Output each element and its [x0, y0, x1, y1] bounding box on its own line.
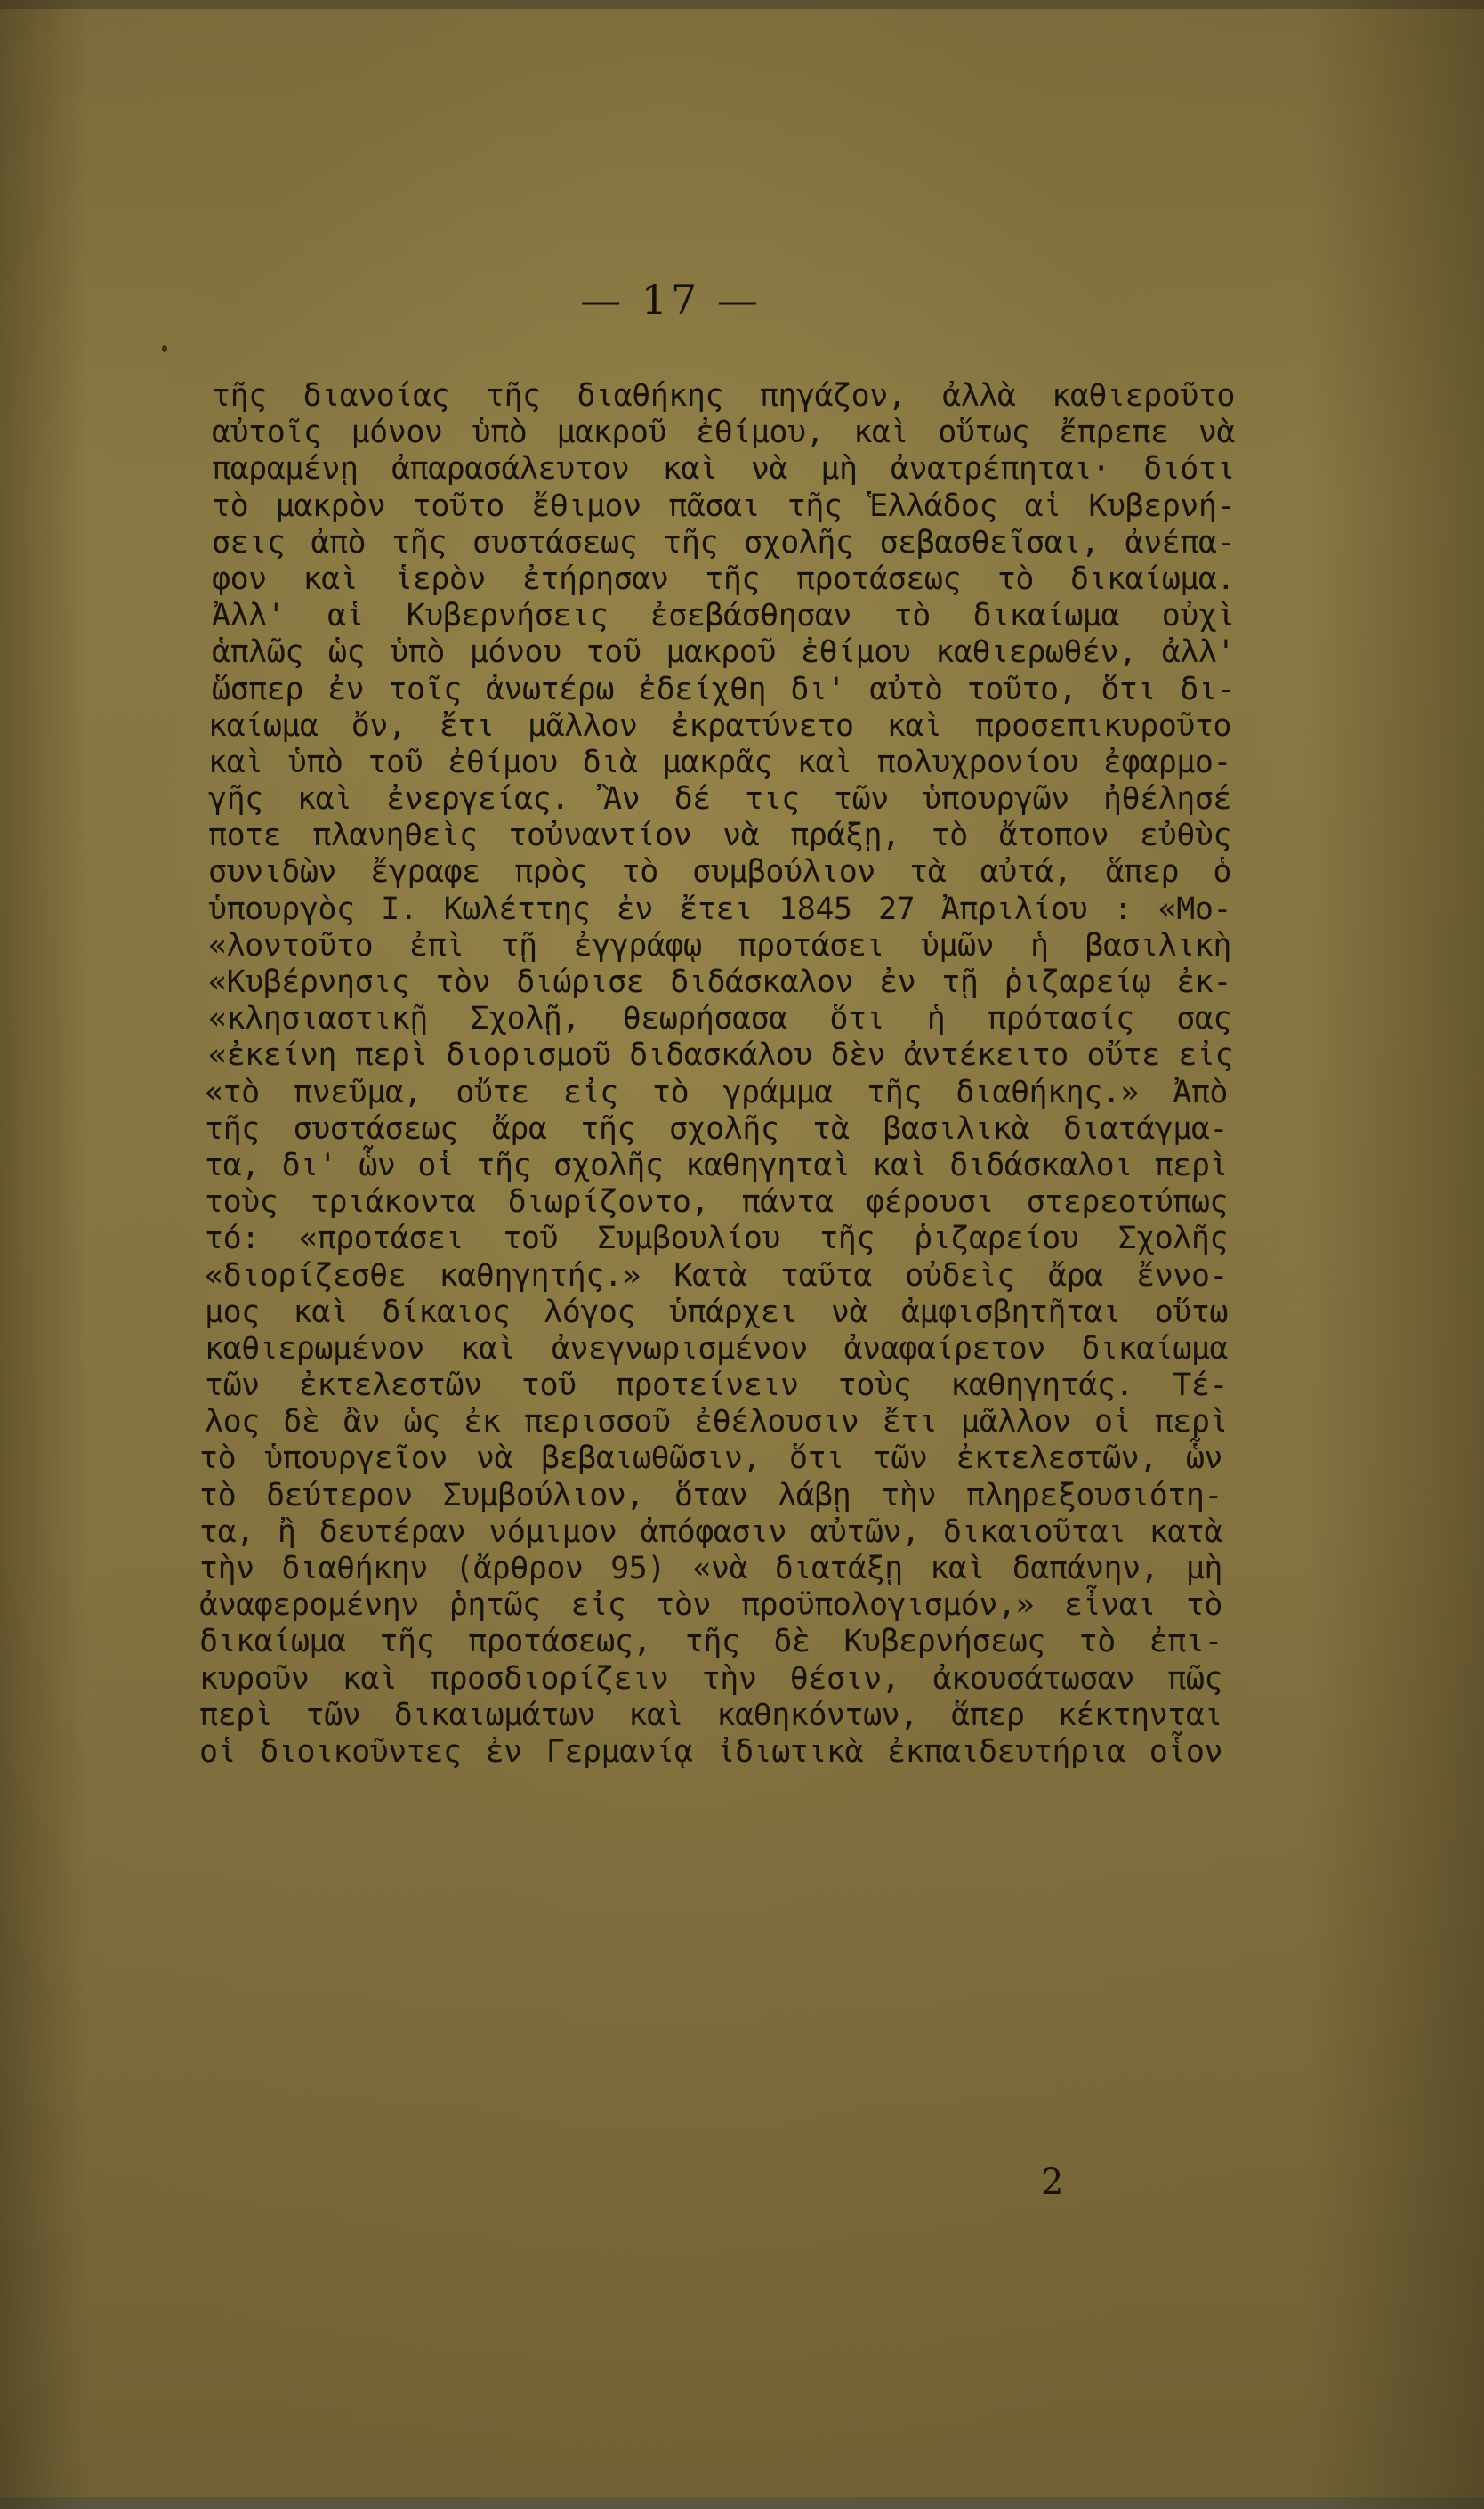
text-line: τῆς συστάσεως ἄρα τῆς σχολῆς τὰ βασιλικὰ…	[205, 1111, 1228, 1148]
text-line: ἁπλῶς ὡς ὑπὸ μόνου τοῦ μακροῦ ἐθίμου καθ…	[212, 634, 1235, 671]
text-line: φον καὶ ἱερὸν ἐτήρησαν τῆς προτάσεως τὸ …	[212, 561, 1235, 598]
text-line: τῆς διανοίας τῆς διαθήκης πηγάζον, ἀλλὰ …	[212, 378, 1235, 415]
text-line: τοὺς τριάκοντα διωρίζοντο, πάντα φέρουσι…	[205, 1184, 1228, 1221]
text-line: καίωμα ὄν, ἔτι μᾶλλον ἐκρατύνετο καὶ προ…	[208, 708, 1231, 745]
scanned-book-page: — 17 — τῆς διανοίας τῆς διαθήκης πηγάζον…	[0, 0, 1484, 2509]
text-line: τῶν ἐκτελεστῶν τοῦ προτείνειν τοὺς καθηγ…	[205, 1367, 1228, 1404]
text-line: ἀναφερομένην ῥητῶς εἰς τὸν προϋπολογισμό…	[199, 1587, 1222, 1624]
text-line: «διορίζεσθε καθηγητής.» Κατὰ ταῦτα οὐδεὶ…	[205, 1258, 1228, 1295]
text-line: τα, δι' ὧν οἱ τῆς σχολῆς καθηγηταὶ καὶ δ…	[205, 1148, 1228, 1184]
text-line: τα, ἢ δευτέραν νόμιμον ἀπόφασιν αὐτῶν, δ…	[199, 1514, 1222, 1551]
text-line: καθιερωμένον καὶ ἀνεγνωρισμένον ἀναφαίρε…	[205, 1331, 1228, 1367]
text-line: Ἀλλ' αἱ Κυβερνήσεις ἐσεβάσθησαν τὸ δικαί…	[212, 598, 1235, 634]
printer-signature-mark: 2	[1041, 2162, 1063, 2203]
text-line: ὑπουργὸς Ι. Κωλέττης ἐν ἔτει 1845 27 Ἀπρ…	[208, 891, 1231, 928]
text-line: δικαίωμα τῆς προτάσεως, τῆς δὲ Κυβερνήσε…	[199, 1624, 1222, 1660]
text-line: κυροῦν καὶ προσδιορίζειν τὴν θέσιν, ἀκου…	[199, 1661, 1222, 1698]
text-line: τὴν διαθήκην (ἄρθρον 95) «νὰ διατάξῃ καὶ…	[199, 1551, 1222, 1587]
text-line: οἱ διοικοῦντες ἐν Γερμανίᾳ ἰδιωτικὰ ἐκπα…	[199, 1734, 1222, 1771]
page-top-edge	[0, 0, 1484, 9]
text-line: «Κυβέρνησις τὸν διώρισε διδάσκαλον ἐν τῇ…	[208, 964, 1231, 1001]
text-line: περὶ τῶν δικαιωμάτων καὶ καθηκόντων, ἅπε…	[199, 1698, 1222, 1734]
text-line: «κλησιαστικῇ Σχολῇ, θεωρήσασα ὅτι ἡ πρότ…	[208, 1001, 1231, 1037]
page-number-header: — 17 —	[0, 276, 1413, 324]
text-line: ποτε πλανηθεὶς τοὐναντίον νὰ πράξῃ, τὸ ἄ…	[208, 818, 1231, 854]
body-text: τῆς διανοίας τῆς διαθήκης πηγάζον, ἀλλὰ …	[212, 378, 1235, 1771]
text-line: «τὸ πνεῦμα, οὔτε εἰς τὸ γράμμα τῆς διαθή…	[205, 1075, 1228, 1111]
text-line: ὥσπερ ἐν τοῖς ἀνωτέρω ἐδείχθη δι' αὐτὸ τ…	[212, 672, 1235, 708]
text-line: γῆς καὶ ἐνεργείας. Ἂν δέ τις τῶν ὑπουργῶ…	[208, 781, 1231, 818]
text-line: παραμένῃ ἀπαρασάλευτον καὶ νὰ μὴ ἀνατρέπ…	[212, 451, 1235, 488]
text-line: αὐτοῖς μόνον ὑπὸ μακροῦ ἐθίμου, καὶ οὕτω…	[212, 415, 1235, 451]
text-line: καὶ ὑπὸ τοῦ ἐθίμου διὰ μακρᾶς καὶ πολυχρ…	[208, 745, 1231, 781]
text-line: τό: «προτάσει τοῦ Συμβουλίου τῆς ῥιζαρεί…	[205, 1221, 1228, 1257]
ink-speck	[162, 345, 167, 352]
text-line: «λοντοῦτο ἐπὶ τῇ ἐγγράφῳ προτάσει ὑμῶν ἡ…	[208, 928, 1231, 964]
text-line: μος καὶ δίκαιος λόγος ὑπάρχει νὰ ἀμφισβη…	[205, 1295, 1228, 1331]
text-line: τὸ ὑπουργεῖον νὰ βεβαιωθῶσιν, ὅτι τῶν ἐκ…	[199, 1440, 1222, 1477]
text-line: συνιδὼν ἔγραφε πρὸς τὸ συμβούλιον τὰ αὐτ…	[208, 854, 1231, 891]
text-line: σεις ἀπὸ τῆς συστάσεως τῆς σχολῆς σεβασθ…	[212, 525, 1235, 561]
text-line: τὸ μακρὸν τοῦτο ἔθιμον πᾶσαι τῆς Ἑλλάδος…	[212, 488, 1235, 525]
page-bottom-edge	[0, 2497, 1484, 2509]
text-line: λος δὲ ἂν ὡς ἐκ περισσοῦ ἐθέλουσιν ἔτι μ…	[205, 1404, 1228, 1440]
text-line: «ἐκείνη περὶ διορισμοῦ διδασκάλου δὲν ἀν…	[208, 1037, 1231, 1074]
text-line: τὸ δεύτερον Συμβούλιον, ὅταν λάβῃ τὴν πλ…	[199, 1478, 1222, 1514]
